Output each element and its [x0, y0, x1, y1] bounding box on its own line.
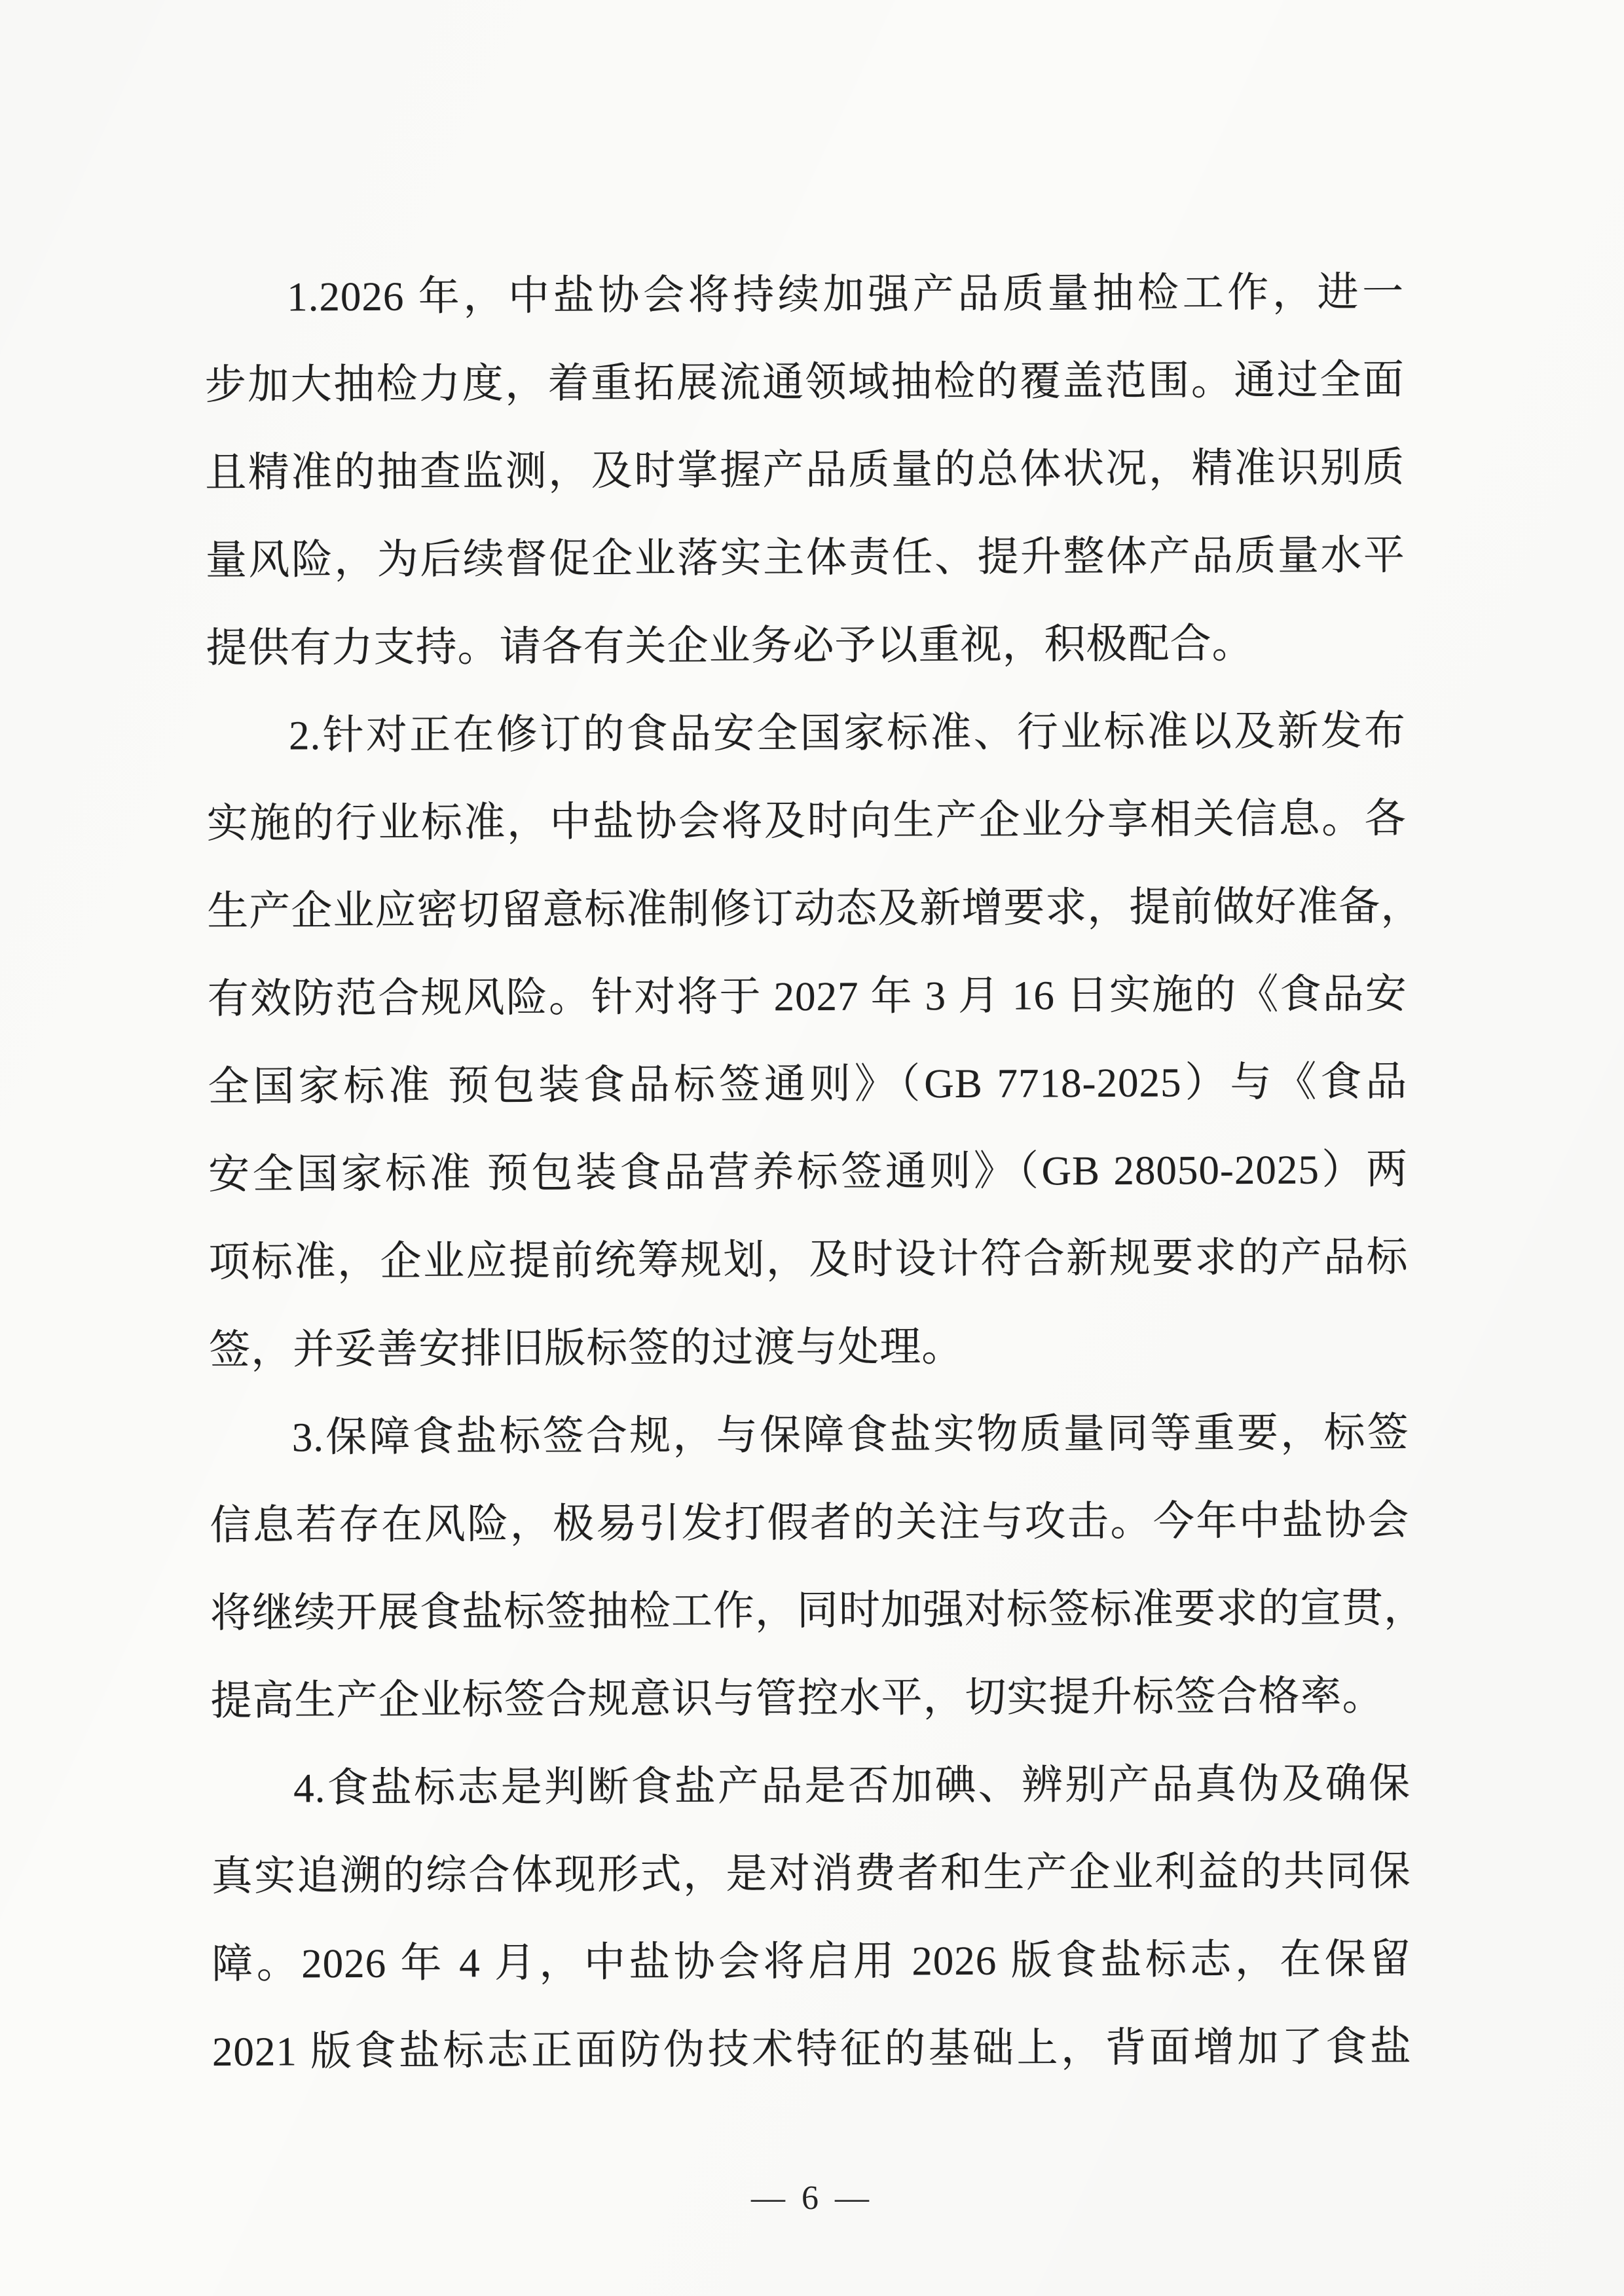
document-page: 1.2026 年，中盐协会将持续加强产品质量抽检工作，进一 步加大抽检力度，着重…	[0, 0, 1624, 2296]
text-line: 信息若存在风险，极易引发打假者的关注与攻击。今年中盐协会	[210, 1476, 1410, 1569]
text-line: 2.针对正在修订的食品安全国家标准、行业标准以及新发布	[206, 687, 1407, 780]
text-line: 1.2026 年，中盐协会将持续加强产品质量抽检工作，进一	[204, 248, 1405, 341]
text-line: 3.保障食盐标签合规，与保障食盐实物质量同等重要，标签	[209, 1389, 1409, 1482]
text-line: 且精准的抽查监测，及时掌握产品质量的总体状况，精准识别质	[205, 424, 1405, 517]
body-text: 1.2026 年，中盐协会将持续加强产品质量抽检工作，进一 步加大抽检力度，着重…	[204, 248, 1412, 2096]
text-line: 安全国家标准 预包装食品营养标签通则》（GB 28050-2025）两	[208, 1125, 1409, 1218]
text-line: 生产企业应密切留意标准制修订动态及新增要求，提前做好准备，	[207, 862, 1407, 955]
text-line: 项标准，企业应提前统筹规划，及时设计符合新规要求的产品标	[208, 1213, 1409, 1306]
text-line: 障。2026 年 4 月，中盐协会将启用 2026 版食盐标志，在保留	[212, 1915, 1412, 2008]
page-number: — 6 —	[0, 2172, 1624, 2225]
text-line: 2021 版食盐标志正面防伪技术特征的基础上，背面增加了食盐	[212, 2003, 1412, 2096]
text-line: 实施的行业标准，中盐协会将及时向生产企业分享相关信息。各	[206, 774, 1407, 867]
text-line: 有效防范合规风险。针对将于 2027 年 3 月 16 日实施的《食品安	[208, 950, 1408, 1043]
text-line: 提供有力支持。请各有关企业务必予以重视，积极配合。	[206, 599, 1406, 692]
text-line: 提高生产企业标签合规意识与管控水平，切实提升标签合格率。	[210, 1652, 1411, 1745]
text-line: 将继续开展食盐标签抽检工作，同时加强对标签标准要求的宣贯，	[210, 1564, 1411, 1657]
text-line: 量风险，为后续督促企业落实主体责任、提升整体产品质量水平	[206, 511, 1406, 604]
text-line: 全国家标准 预包装食品标签通则》（GB 7718-2025）与《食品	[208, 1038, 1408, 1131]
text-line: 4.食盐标志是判断食盐产品是否加碘、辨别产品真伪及确保	[211, 1740, 1411, 1832]
text-line: 真实追溯的综合体现形式，是对消费者和生产企业利益的共同保	[211, 1827, 1411, 1920]
text-line: 步加大抽检力度，着重拓展流通领域抽检的覆盖范围。通过全面	[204, 336, 1405, 429]
text-line: 签，并妥善安排旧版标签的过渡与处理。	[209, 1301, 1409, 1394]
